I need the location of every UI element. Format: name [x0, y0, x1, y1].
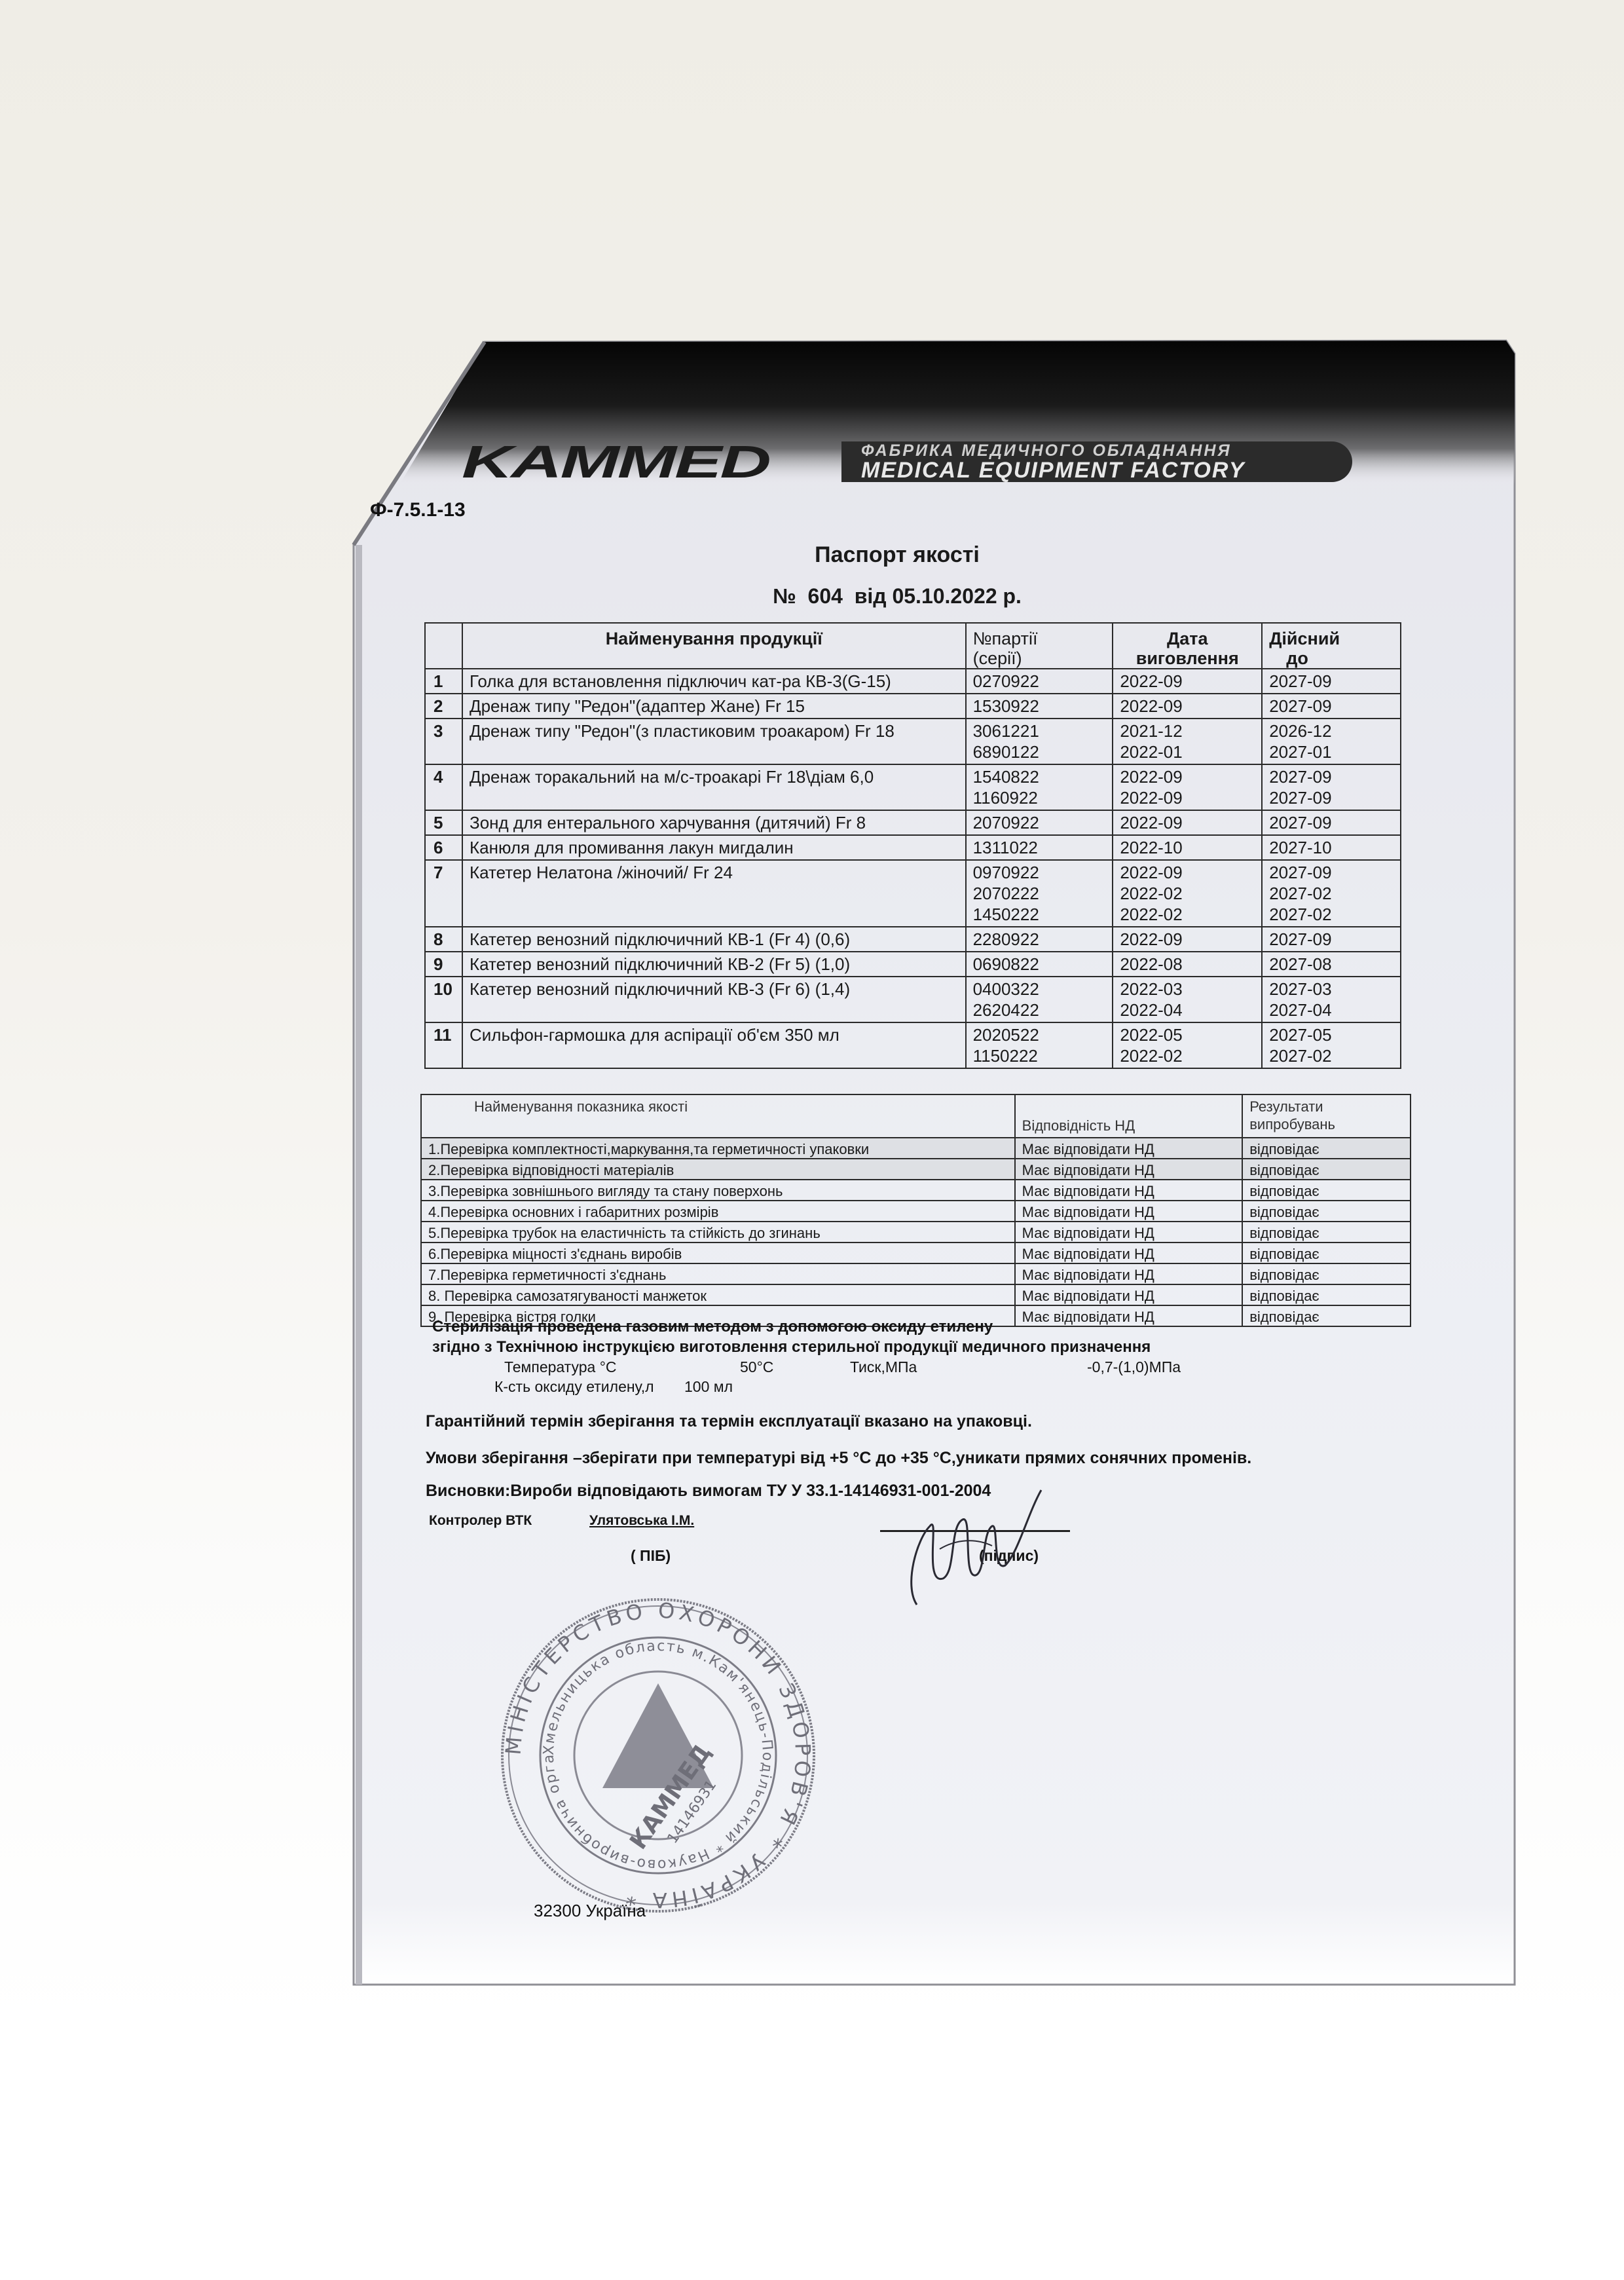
batch-numbers: 30612216890122	[966, 719, 1113, 764]
requirement: Має відповідати НД	[1015, 1180, 1243, 1201]
footer-postal: 32300 Україна	[534, 1901, 646, 1921]
indicator-name: 7.Перевірка герметичності з'єднань	[421, 1263, 1015, 1284]
valid-until-dates: 2027-09	[1262, 694, 1401, 719]
valid-until-dates: 2027-09	[1262, 927, 1401, 952]
ethylene-oxide-label: К-сть оксиду етилену,л	[494, 1378, 654, 1396]
test-result: відповідає	[1242, 1305, 1411, 1326]
requirement: Має відповідати НД	[1015, 1159, 1243, 1180]
quality-indicators-table: Найменування показника якості Відповідні…	[420, 1094, 1411, 1327]
manufacture-dates: 2022-092022-09	[1113, 764, 1262, 810]
product-row: 5Зонд для ентерального харчування (дитяч…	[425, 810, 1401, 835]
manufacture-dates: 2022-10	[1113, 835, 1262, 860]
manufacture-dates: 2022-09	[1113, 810, 1262, 835]
col-batch-header: №партії (серії)	[966, 623, 1113, 669]
product-name: Дренаж типу "Редон"(адаптер Жане) Fr 15	[462, 694, 966, 719]
sterilization-line-1: Стерилізація проведена газовим методом з…	[432, 1318, 993, 1336]
manufacture-dates: 2021-122022-01	[1113, 719, 1262, 764]
col-result-header: Результати випробувань	[1242, 1094, 1411, 1138]
product-row: 10Катетер венозний підключичний КВ-3 (Fr…	[425, 977, 1401, 1022]
row-number: 9	[425, 952, 462, 977]
valid-until-dates: 2027-10	[1262, 835, 1401, 860]
manufacture-dates: 2022-032022-04	[1113, 977, 1262, 1022]
product-row: 2Дренаж типу "Редон"(адаптер Жане) Fr 15…	[425, 694, 1401, 719]
form-code: Ф-7.5.1-13	[370, 499, 466, 521]
row-number: 3	[425, 719, 462, 764]
inspector-name: Улятовська І.М.	[589, 1513, 694, 1529]
requirement: Має відповідати НД	[1015, 1138, 1243, 1159]
batch-numbers: 0270922	[966, 669, 1113, 694]
batch-numbers: 097092220702221450222	[966, 860, 1113, 927]
products-table-body: 1Голка для встановлення підключич кат-ра…	[425, 669, 1401, 1068]
product-name: Сильфон-гармошка для аспірації об'єм 350…	[462, 1022, 966, 1068]
manufacture-dates: 2022-09	[1113, 927, 1262, 952]
name-caption: ( ПІБ)	[631, 1547, 671, 1565]
requirement: Має відповідати НД	[1015, 1284, 1243, 1305]
valid-until-dates: 2027-052027-02	[1262, 1022, 1401, 1068]
manufacture-dates: 2022-092022-022022-02	[1113, 860, 1262, 927]
product-name: Катетер Нелатона /жіночий/ Fr 24	[462, 860, 966, 927]
manufacture-dates: 2022-08	[1113, 952, 1262, 977]
quality-row: 2.Перевірка відповідності матеріалівМає …	[421, 1159, 1411, 1180]
manufacture-dates: 2022-052022-02	[1113, 1022, 1262, 1068]
col-product-name-header: Найменування продукції	[462, 623, 966, 669]
product-name: Канюля для промивання лакун мигдалин	[462, 835, 966, 860]
quality-table-header: Найменування показника якості Відповідні…	[421, 1094, 1411, 1138]
product-row: 11Сильфон-гармошка для аспірації об'єм 3…	[425, 1022, 1401, 1068]
valid-until-dates: 2027-092027-09	[1262, 764, 1401, 810]
requirement: Має відповідати НД	[1015, 1201, 1243, 1222]
valid-until-dates: 2027-09	[1262, 810, 1401, 835]
products-table: Найменування продукції №партії (серії) Д…	[424, 622, 1401, 1069]
company-logo: KAMMED ФАБРИКА МЕДИЧНОГО ОБЛАДНАННЯ MEDI…	[462, 440, 1352, 483]
logo-wordmark: KAMMED	[462, 440, 1030, 483]
requirement: Має відповідати НД	[1015, 1305, 1243, 1326]
document-number-text: № 604 від 05.10.2022 р.	[773, 584, 1022, 608]
sterilization-line-2: згідно з Технічною інструкцією виготовле…	[432, 1338, 1151, 1356]
handwritten-signature	[877, 1487, 1087, 1611]
test-result: відповідає	[1242, 1159, 1411, 1180]
requirement: Має відповідати НД	[1015, 1222, 1243, 1243]
quality-row: 3.Перевірка зовнішнього вигляду та стану…	[421, 1180, 1411, 1201]
row-number: 11	[425, 1022, 462, 1068]
quality-row: 1.Перевірка комплектності,маркування,та …	[421, 1138, 1411, 1159]
product-row: 8Катетер венозний підключичний КВ-1 (Fr …	[425, 927, 1401, 952]
product-row: 9Катетер венозний підключичний КВ-2 (Fr …	[425, 952, 1401, 977]
valid-until-dates: 2026-122027-01	[1262, 719, 1401, 764]
row-number: 1	[425, 669, 462, 694]
quality-table-body: 1.Перевірка комплектності,маркування,та …	[421, 1138, 1411, 1326]
product-row: 1Голка для встановлення підключич кат-ра…	[425, 669, 1401, 694]
quality-row: 5.Перевірка трубок на еластичність та ст…	[421, 1222, 1411, 1243]
valid-until-dates: 2027-092027-022027-02	[1262, 860, 1401, 927]
product-row: 3Дренаж типу "Редон"(з пластиковим троак…	[425, 719, 1401, 764]
products-table-header: Найменування продукції №партії (серії) Д…	[425, 623, 1401, 669]
indicator-name: 8. Перевірка самозатягуваності манжеток	[421, 1284, 1015, 1305]
col-indicator-header: Найменування показника якості	[421, 1094, 1015, 1138]
batch-numbers: 20205221150222	[966, 1022, 1113, 1068]
valid-until-dates: 2027-09	[1262, 669, 1401, 694]
inspector-role: Контролер ВТК	[429, 1513, 532, 1529]
row-number: 6	[425, 835, 462, 860]
row-number: 5	[425, 810, 462, 835]
batch-numbers: 04003222620422	[966, 977, 1113, 1022]
test-result: відповідає	[1242, 1284, 1411, 1305]
temperature-label: Температура °С	[504, 1358, 617, 1376]
temperature-value: 50°С	[740, 1358, 773, 1376]
product-name: Катетер венозний підключичний КВ-3 (Fr 6…	[462, 977, 966, 1022]
indicator-name: 2.Перевірка відповідності матеріалів	[421, 1159, 1015, 1180]
indicator-name: 3.Перевірка зовнішнього вигляду та стану…	[421, 1180, 1015, 1201]
document-number: № 604 від 05.10.2022 р.	[0, 584, 1624, 608]
batch-numbers: 0690822	[966, 952, 1113, 977]
quality-row: 6.Перевірка міцності з'єднань виробівМає…	[421, 1243, 1411, 1263]
pressure-value: -0,7-(1,0)МПа	[1087, 1358, 1181, 1376]
product-name: Катетер венозний підключичний КВ-2 (Fr 5…	[462, 952, 966, 977]
product-name: Дренаж типу "Редон"(з пластиковим троака…	[462, 719, 966, 764]
indicator-name: 6.Перевірка міцності з'єднань виробів	[421, 1243, 1015, 1263]
product-name: Голка для встановлення підключич кат-ра …	[462, 669, 966, 694]
pressure-label: Тиск,МПа	[850, 1358, 917, 1376]
quality-row: 8. Перевірка самозатягуваності манжетокМ…	[421, 1284, 1411, 1305]
test-result: відповідає	[1242, 1201, 1411, 1222]
indicator-name: 4.Перевірка основних і габаритних розмір…	[421, 1201, 1015, 1222]
batch-numbers: 1311022	[966, 835, 1113, 860]
indicator-name: 1.Перевірка комплектності,маркування,та …	[421, 1138, 1015, 1159]
quality-row: 7.Перевірка герметичності з'єднаньМає ві…	[421, 1263, 1411, 1284]
product-name: Зонд для ентерального харчування (дитячи…	[462, 810, 966, 835]
col-requirement-header: Відповідність НД	[1015, 1094, 1243, 1138]
product-name: Дренаж торакальний на м/с-троакарі Fr 18…	[462, 764, 966, 810]
batch-numbers: 15408221160922	[966, 764, 1113, 810]
col-number-header	[425, 623, 462, 669]
document-title-text: Паспорт якості	[815, 542, 980, 568]
product-name: Катетер венозний підключичний КВ-1 (Fr 4…	[462, 927, 966, 952]
indicator-name: 5.Перевірка трубок на еластичність та ст…	[421, 1222, 1015, 1243]
test-result: відповідає	[1242, 1222, 1411, 1243]
batch-numbers: 2070922	[966, 810, 1113, 835]
requirement: Має відповідати НД	[1015, 1263, 1243, 1284]
quality-row: 4.Перевірка основних і габаритних розмір…	[421, 1201, 1411, 1222]
row-number: 2	[425, 694, 462, 719]
official-stamp: МІНІСТЕРСТВО ОХОРОНИ ЗДОРОВ'Я * УКРАЇНА …	[498, 1592, 819, 1919]
test-result: відповідає	[1242, 1263, 1411, 1284]
warranty-note: Гарантійний термін зберігання та термін …	[426, 1412, 1032, 1431]
requirement: Має відповідати НД	[1015, 1243, 1243, 1263]
row-number: 8	[425, 927, 462, 952]
batch-numbers: 2280922	[966, 927, 1113, 952]
test-result: відповідає	[1242, 1180, 1411, 1201]
batch-numbers: 1530922	[966, 694, 1113, 719]
test-result: відповідає	[1242, 1243, 1411, 1263]
row-number: 10	[425, 977, 462, 1022]
manufacture-dates: 2022-09	[1113, 694, 1262, 719]
document-title: Паспорт якості	[0, 542, 1624, 568]
manufacture-dates: 2022-09	[1113, 669, 1262, 694]
col-valid-until-header: Дійсний до	[1262, 623, 1401, 669]
row-number: 7	[425, 860, 462, 927]
test-result: відповідає	[1242, 1138, 1411, 1159]
ethylene-oxide-value: 100 мл	[684, 1378, 733, 1396]
product-row: 7Катетер Нелатона /жіночий/ Fr 240970922…	[425, 860, 1401, 927]
valid-until-dates: 2027-032027-04	[1262, 977, 1401, 1022]
product-row: 6Канюля для промивання лакун мигдалин131…	[425, 835, 1401, 860]
valid-until-dates: 2027-08	[1262, 952, 1401, 977]
row-number: 4	[425, 764, 462, 810]
col-made-date-header: Дата виговлення	[1113, 623, 1262, 669]
product-row: 4Дренаж торакальний на м/с-троакарі Fr 1…	[425, 764, 1401, 810]
storage-conditions: Умови зберігання –зберігати при температ…	[426, 1449, 1251, 1468]
